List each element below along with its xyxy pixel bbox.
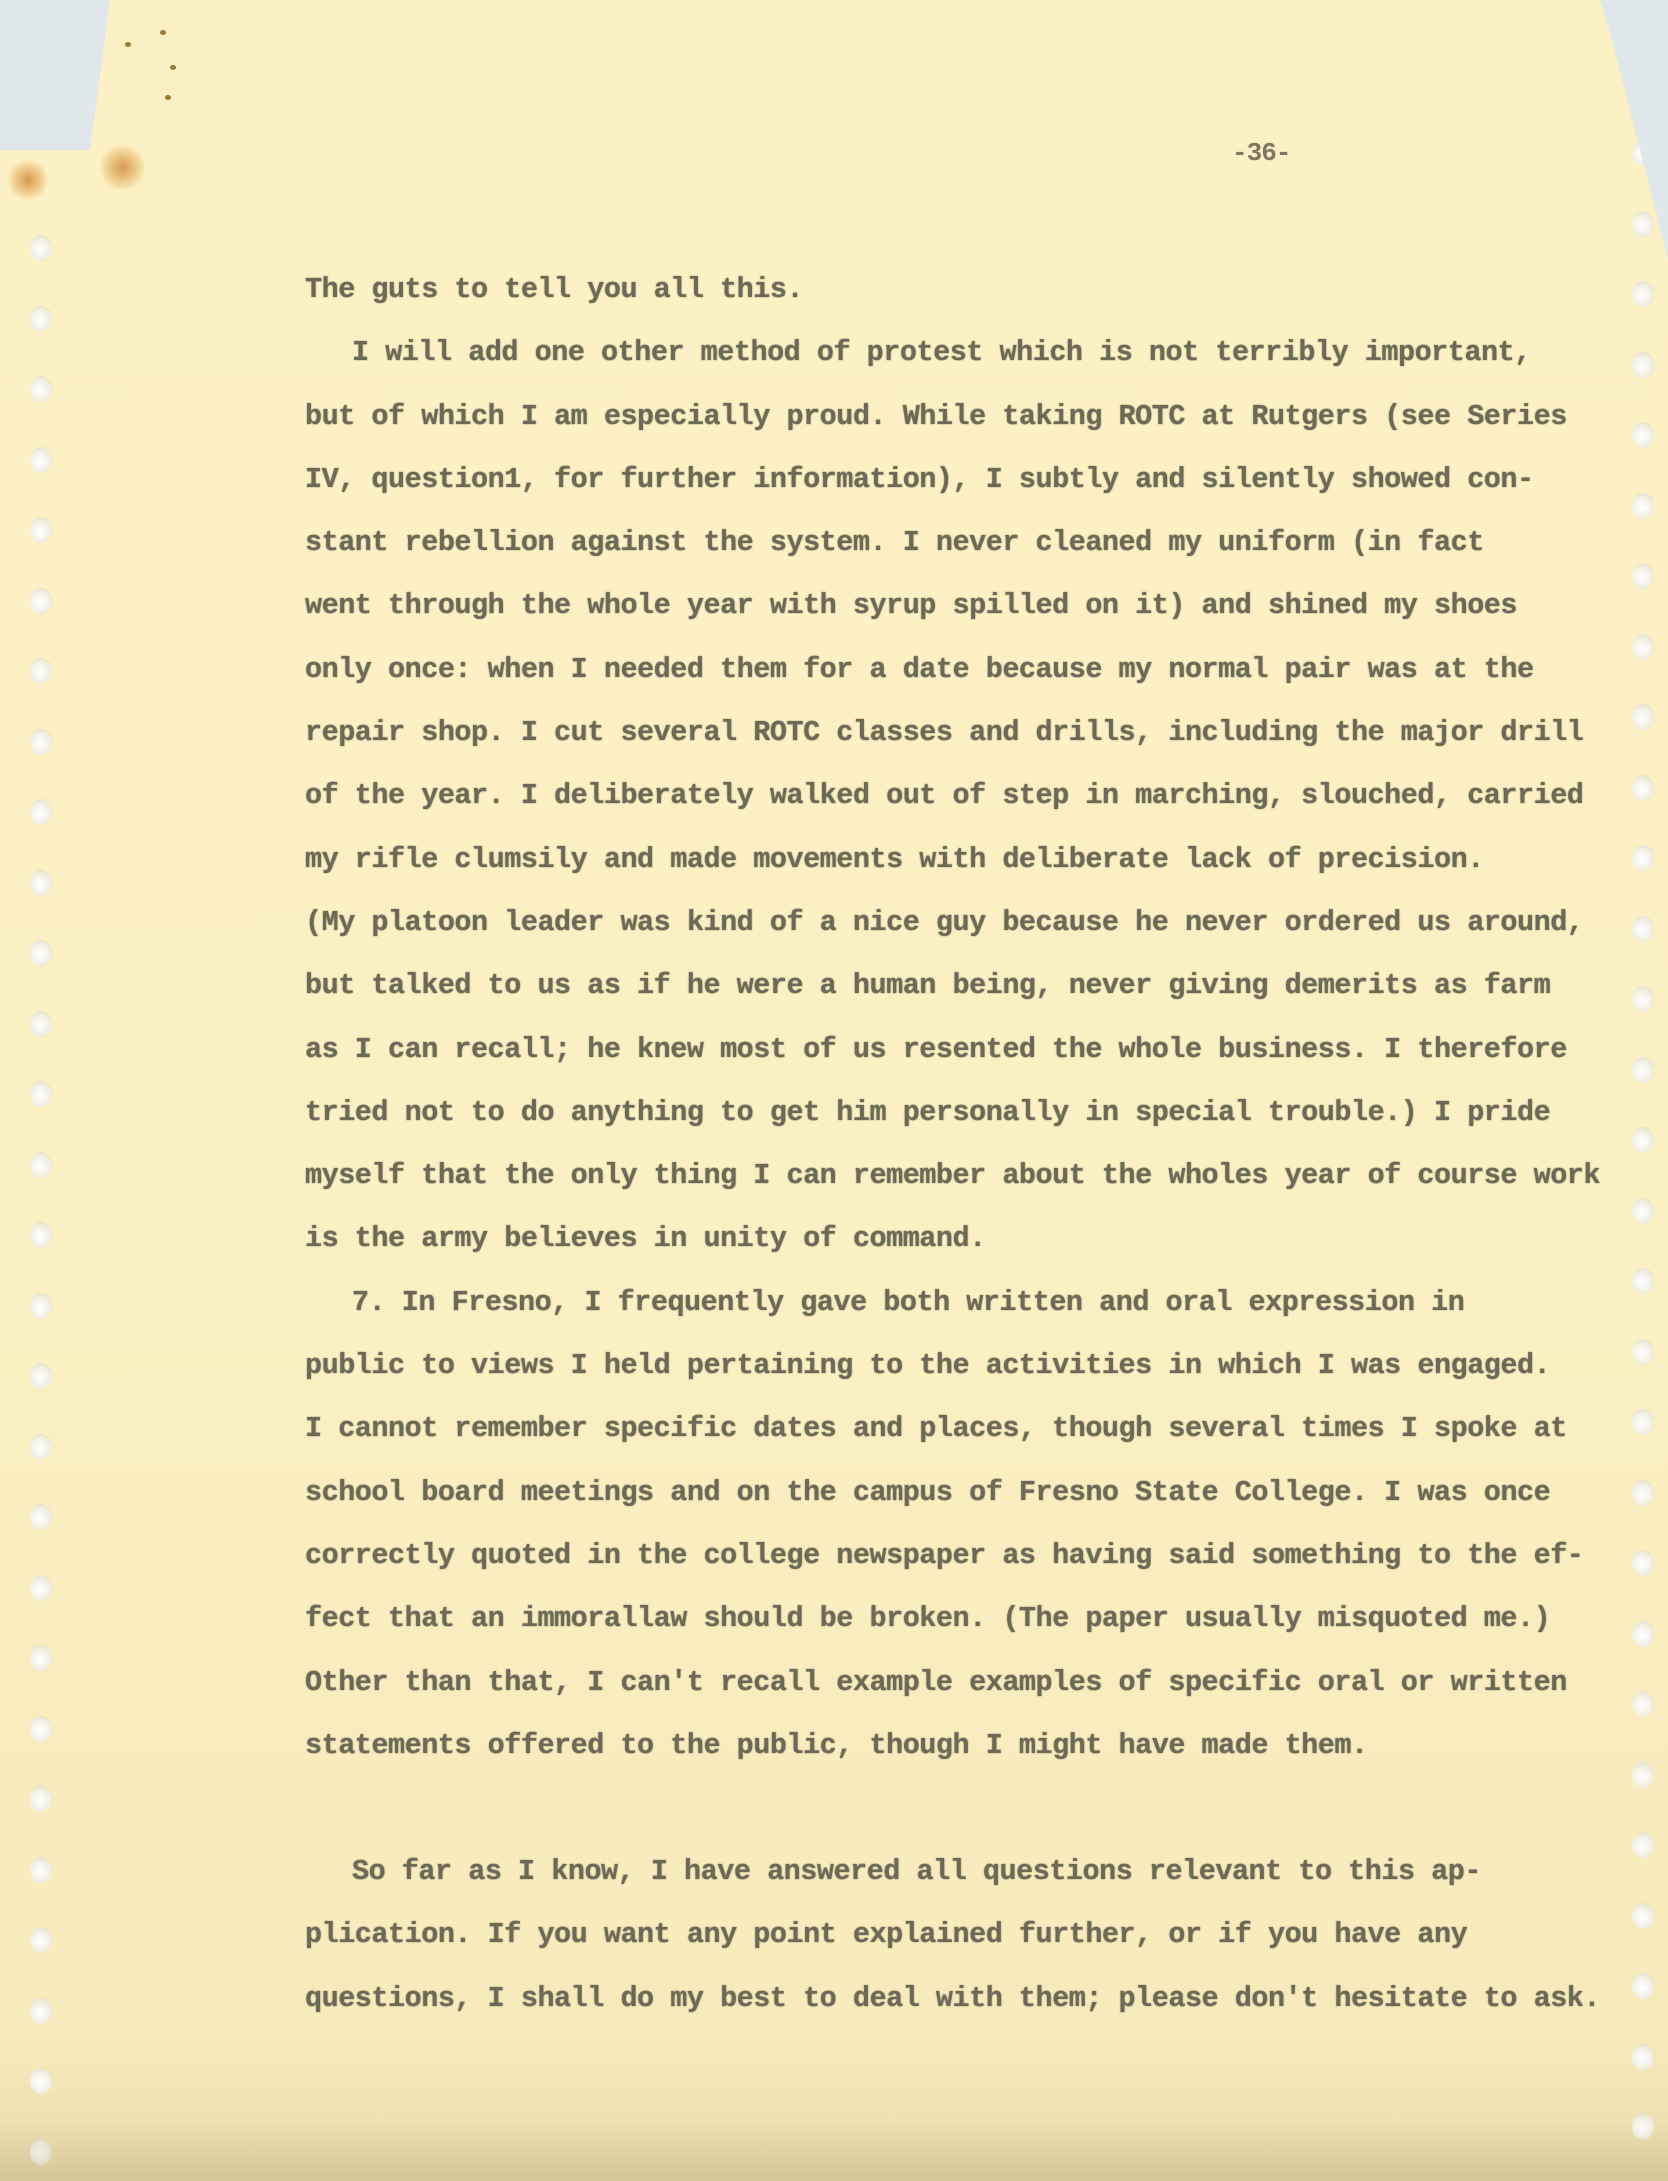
text-line: questions, I shall do my best to deal wi…	[305, 1967, 1535, 2030]
paragraph: So far as I know, I have answered all qu…	[305, 1840, 1535, 2030]
feed-hole	[1632, 1057, 1654, 1083]
text-line: stant rebellion against the system. I ne…	[305, 511, 1535, 574]
feed-hole	[1632, 1198, 1654, 1224]
feed-hole	[30, 447, 52, 473]
text-line: I cannot remember specific dates and pla…	[305, 1397, 1535, 1460]
feed-hole	[1632, 2044, 1654, 2070]
text-line: school board meetings and on the campus …	[305, 1461, 1535, 1524]
text-line: is the army believes in unity of command…	[305, 1207, 1535, 1270]
paper-speck	[165, 95, 171, 100]
text-line: my rifle clumsily and made movements wit…	[305, 828, 1535, 891]
feed-hole	[1632, 1480, 1654, 1506]
text-line: repair shop. I cut several ROTC classes …	[305, 701, 1535, 764]
feed-hole	[1632, 1903, 1654, 1929]
text-line: of the year. I deliberately walked out o…	[305, 764, 1535, 827]
feed-hole	[30, 1716, 52, 1742]
paper-speck	[170, 65, 176, 70]
feed-hole	[30, 1011, 52, 1037]
text-line: (My platoon leader was kind of a nice gu…	[305, 891, 1535, 954]
paper-speck	[125, 42, 131, 47]
text-line: plication. If you want any point explain…	[305, 1903, 1535, 1966]
feed-hole	[1632, 493, 1654, 519]
feed-hole	[1632, 140, 1654, 166]
feed-hole	[1632, 916, 1654, 942]
feed-hole	[30, 1434, 52, 1460]
feed-hole	[30, 870, 52, 896]
text-line: IV, question1, for further information),…	[305, 448, 1535, 511]
feed-hole	[30, 1927, 52, 1953]
feed-hole	[30, 1222, 52, 1248]
document-body: The guts to tell you all this.I will add…	[305, 258, 1535, 2030]
feed-hole	[30, 235, 52, 261]
text-line: fect that an immorallaw should be broken…	[305, 1587, 1535, 1650]
feed-hole	[30, 517, 52, 543]
paragraph: I will add one other method of protest w…	[305, 321, 1535, 1270]
feed-hole	[1632, 845, 1654, 871]
feed-hole	[1632, 1762, 1654, 1788]
feed-hole	[1632, 1339, 1654, 1365]
feed-hole	[1632, 775, 1654, 801]
text-line: myself that the only thing I can remembe…	[305, 1144, 1535, 1207]
text-line: went through the whole year with syrup s…	[305, 574, 1535, 637]
page-number: -36-	[1232, 138, 1290, 168]
feed-hole	[1632, 1268, 1654, 1294]
rust-stain	[8, 160, 48, 200]
paragraph-gap	[305, 1777, 1535, 1840]
feed-hole	[1632, 563, 1654, 589]
feed-hole	[30, 1363, 52, 1389]
feed-hole	[1632, 1621, 1654, 1647]
feed-hole	[30, 588, 52, 614]
text-line: The guts to tell you all this.	[305, 258, 1535, 321]
feed-hole	[30, 306, 52, 332]
text-line: correctly quoted in the college newspape…	[305, 1524, 1535, 1587]
feed-hole	[30, 376, 52, 402]
feed-hole	[1632, 1127, 1654, 1153]
feed-hole	[1632, 986, 1654, 1012]
feed-hole	[1632, 281, 1654, 307]
feed-hole	[30, 729, 52, 755]
feed-hole	[1632, 352, 1654, 378]
feed-hole	[1632, 211, 1654, 237]
feed-hole	[30, 2068, 52, 2094]
feed-hole	[1632, 634, 1654, 660]
feed-hole	[1632, 422, 1654, 448]
feed-hole	[30, 1645, 52, 1671]
feed-hole	[30, 1786, 52, 1812]
page-bottom-edge	[0, 2121, 1668, 2181]
feed-hole	[1632, 704, 1654, 730]
text-line: I will add one other method of protest w…	[305, 321, 1535, 384]
feed-hole	[30, 1081, 52, 1107]
text-line: tried not to do anything to get him pers…	[305, 1081, 1535, 1144]
text-line: 7. In Fresno, I frequently gave both wri…	[305, 1271, 1535, 1334]
text-line: but talked to us as if he were a human b…	[305, 954, 1535, 1017]
text-line: Other than that, I can't recall example …	[305, 1651, 1535, 1714]
feed-hole	[30, 1857, 52, 1883]
text-line: as I can recall; he knew most of us rese…	[305, 1018, 1535, 1081]
feed-hole	[30, 1293, 52, 1319]
feed-hole	[1632, 1409, 1654, 1435]
text-line: So far as I know, I have answered all qu…	[305, 1840, 1535, 1903]
feed-hole	[30, 1998, 52, 2024]
feed-hole	[1632, 1832, 1654, 1858]
text-line: public to views I held pertaining to the…	[305, 1334, 1535, 1397]
feed-hole	[30, 799, 52, 825]
feed-hole	[30, 1152, 52, 1178]
text-line: but of which I am especially proud. Whil…	[305, 385, 1535, 448]
feed-hole	[1632, 1550, 1654, 1576]
text-line: statements offered to the public, though…	[305, 1714, 1535, 1777]
feed-hole	[1632, 1973, 1654, 1999]
paragraph: 7. In Fresno, I frequently gave both wri…	[305, 1271, 1535, 1777]
typewritten-page: -36- The guts to tell you all this.I wil…	[0, 0, 1668, 2181]
paper-speck	[160, 30, 166, 35]
rust-stain	[100, 145, 145, 190]
feed-hole	[30, 658, 52, 684]
feed-hole	[30, 1504, 52, 1530]
feed-hole	[1632, 1691, 1654, 1717]
feed-hole	[30, 1575, 52, 1601]
feed-hole	[30, 940, 52, 966]
paragraph: The guts to tell you all this.	[305, 258, 1535, 321]
text-line: only once: when I needed them for a date…	[305, 638, 1535, 701]
